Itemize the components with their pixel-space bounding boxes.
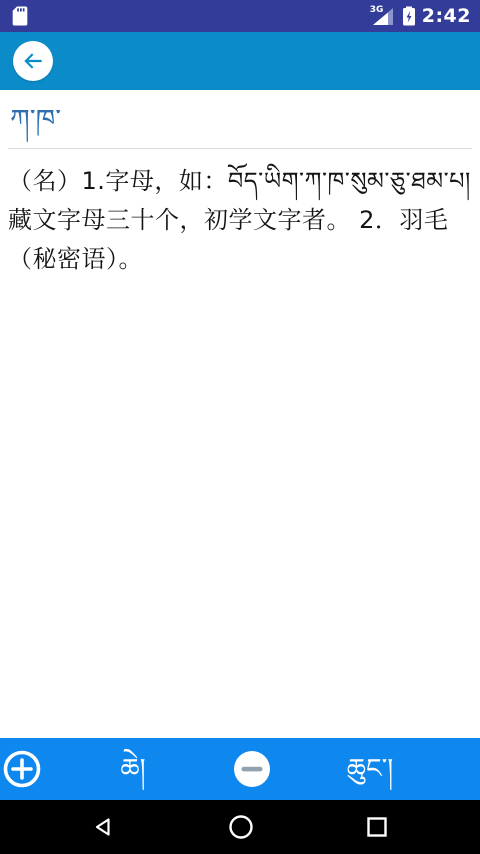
back-arrow-icon — [20, 48, 46, 74]
plus-circle-icon — [3, 750, 41, 788]
network-type-label: 3G — [370, 5, 384, 15]
android-nav-bar — [0, 800, 480, 854]
nav-home-circle-icon — [228, 814, 254, 840]
clock-time: 2:42 — [422, 5, 471, 27]
nav-back-triangle-icon — [92, 815, 116, 839]
nav-back-button[interactable] — [92, 815, 116, 839]
nav-home-button[interactable] — [228, 814, 254, 840]
nav-recents-button[interactable] — [366, 816, 388, 838]
decrease-font-label[interactable]: ཆུང་། — [347, 756, 393, 783]
status-bar: 3G 2:42 — [0, 0, 480, 32]
increase-font-label[interactable]: ཆེ། — [120, 756, 145, 783]
increase-font-button[interactable] — [3, 750, 41, 788]
entry-definition: （名）1.字母，如：བོད་ཡིག་ཀ་ཁ་སུམ་ཅུ་ཐམ་པ། 藏文字母三… — [0, 149, 480, 279]
back-button[interactable] — [13, 41, 53, 81]
decrease-font-button[interactable] — [233, 750, 271, 788]
nav-recents-square-icon — [366, 816, 388, 838]
font-size-toolbar: ཆེ། ཆུང་། — [0, 738, 480, 800]
battery-charging-icon — [401, 4, 417, 28]
app-bar — [0, 32, 480, 90]
entry-headword: ཀ་ཁ་ — [0, 90, 480, 148]
sd-card-icon — [9, 4, 31, 28]
cellular-signal-icon: 3G — [370, 4, 396, 28]
entry-content: ཀ་ཁ་ （名）1.字母，如：བོད་ཡིག་ཀ་ཁ་སུམ་ཅུ་ཐམ་པ། … — [0, 90, 480, 738]
minus-circle-icon — [233, 750, 271, 788]
